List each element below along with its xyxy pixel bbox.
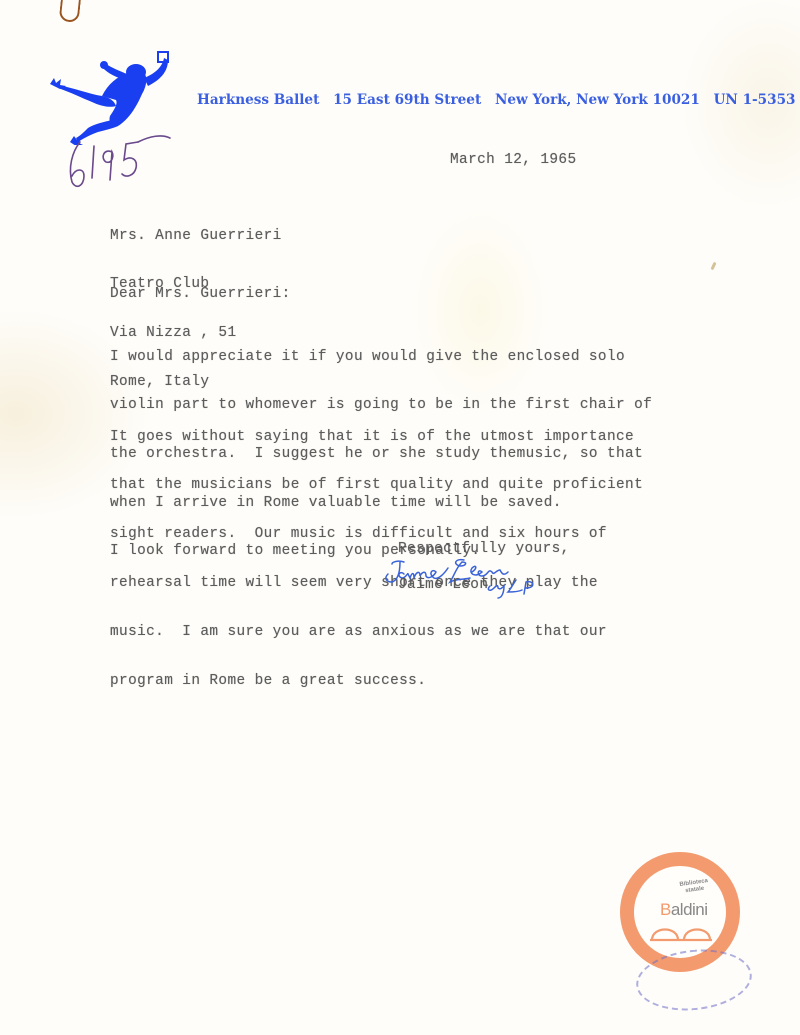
letter-date: March 12, 1965 [450, 152, 577, 168]
address-line: Mrs. Anne Guerrieri [110, 228, 282, 244]
letterhead-street: 15 East 69th Street [333, 92, 481, 108]
letter-page: Harkness Ballet 15 East 69th Street New … [0, 0, 800, 1035]
letterhead-city: New York, New York 10021 [495, 92, 700, 108]
library-stamp-brand: Baldini [660, 900, 708, 920]
paragraph-line: that the musicians be of first quality a… [110, 477, 643, 493]
letterhead-organization: Harkness Ballet [197, 92, 319, 108]
letterhead-phone: UN 1-5353 [714, 92, 796, 108]
paragraph-line: It goes without saying that it is of the… [110, 429, 643, 445]
letterhead: Harkness Ballet 15 East 69th Street New … [197, 92, 796, 108]
paragraph-line: I would appreciate it if you would give … [110, 349, 652, 365]
signer-name: Jaime Leon [398, 577, 488, 593]
open-book-icon [648, 920, 714, 942]
ink-mark [59, 0, 82, 23]
paragraph-line: music. I am sure you are as anxious as w… [110, 624, 643, 640]
paper-speck [710, 262, 716, 271]
paragraph-line: program in Rome be a great success. [110, 673, 643, 689]
handwritten-catalog-number [66, 128, 176, 198]
salutation: Dear Mrs. Guerrieri: [110, 286, 291, 302]
